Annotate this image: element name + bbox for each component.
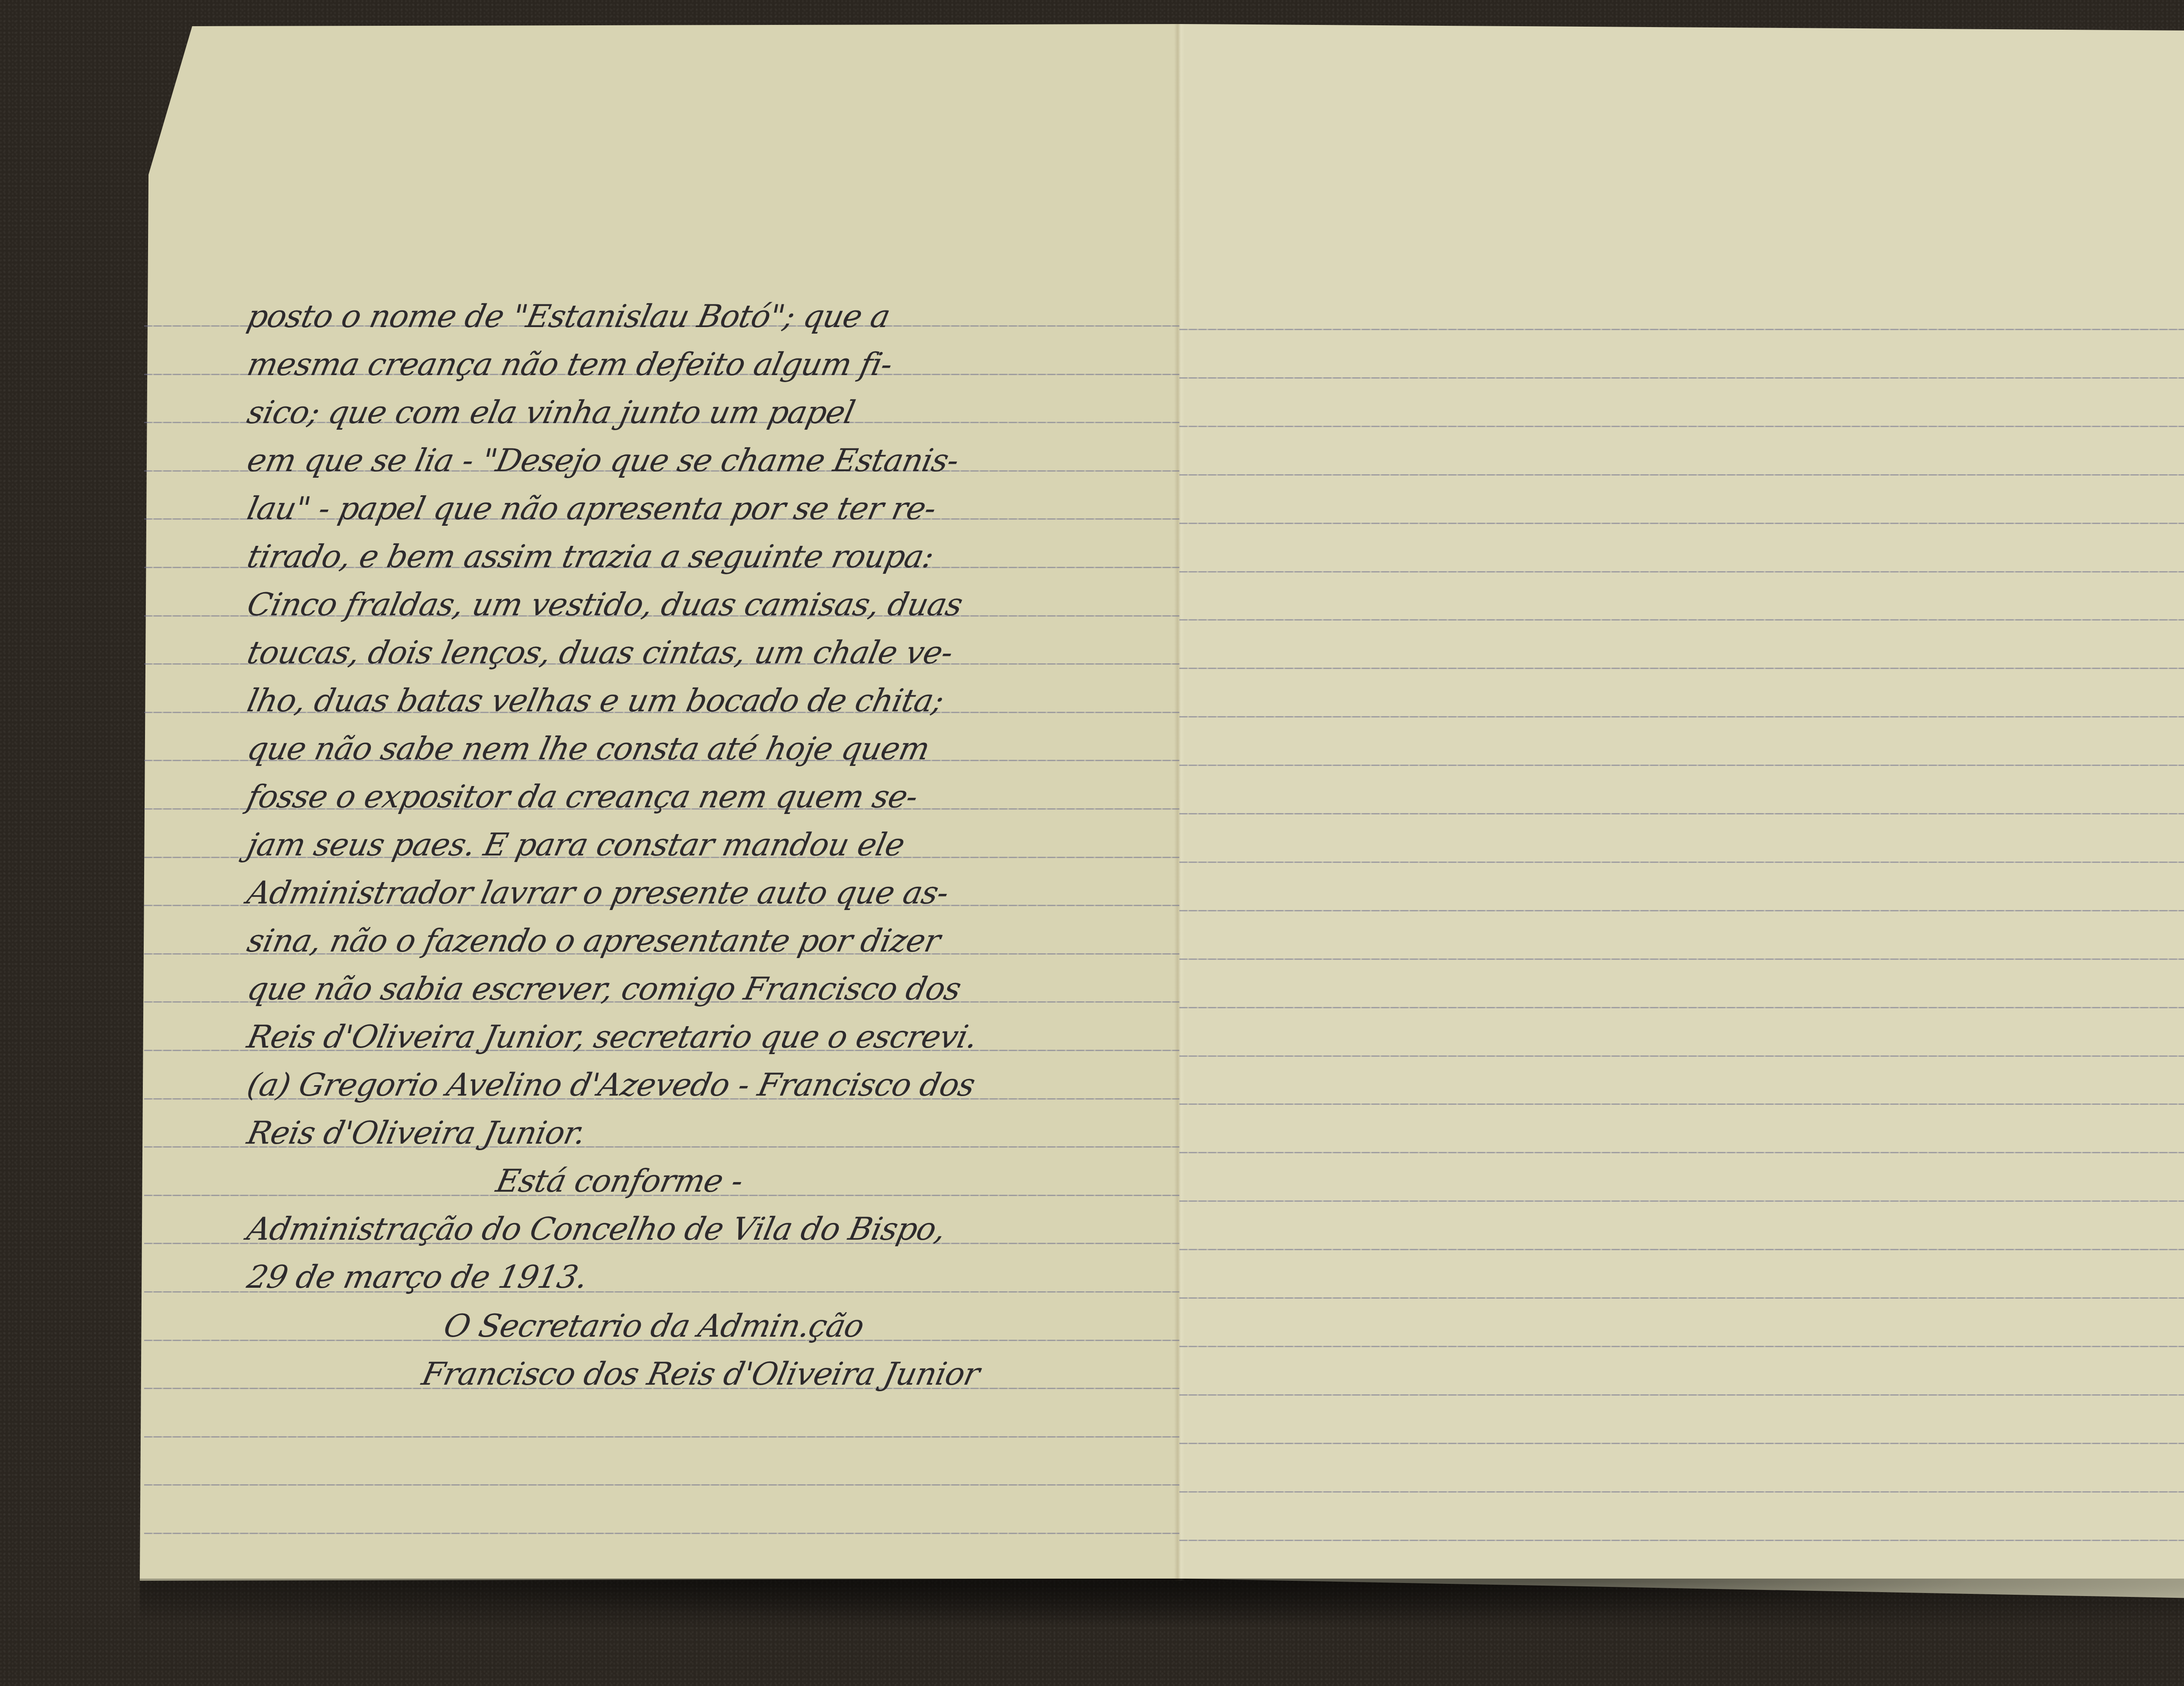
ruled-line [1179,765,2184,766]
ruled-line [1179,1152,2184,1153]
page-shadow [140,1579,2184,1640]
ruled-line [1179,1200,2184,1202]
ruled-line [1179,329,2184,330]
ruled-line [1179,910,2184,911]
ruled-line [1179,1297,2184,1299]
ruled-line [1179,523,2184,524]
ruled-line [1179,474,2184,476]
handwritten-line: sina, não o fazendo o apresentante por d… [245,925,1186,956]
office-line: Administração do Concelho de Vila do Bis… [245,1213,1186,1245]
right-page [1179,0,2184,1686]
handwritten-line: que não sabia escrever, comigo Francisco… [245,973,1186,1004]
signature: Francisco dos Reis d'Oliveira Junior [419,1358,1361,1389]
ruled-line [1179,571,2184,572]
document-spread: posto o nome de "Estanislau Botó"; que a… [0,0,2184,1686]
ruled-line [1179,1394,2184,1396]
handwritten-line: que não sabe nem lhe consta até hoje que… [245,733,1186,764]
ruled-line [144,1484,1179,1486]
ruled-line [1179,668,2184,669]
handwritten-line: em que se lia - "Desejo que se chame Est… [245,445,1186,476]
signatory-title: O Secretario da Admin.ção [441,1310,1382,1341]
handwritten-line: lau" - papel que não apresenta por se te… [245,493,1186,524]
handwritten-line: Reis d'Oliveira Junior. [245,1117,1186,1148]
handwritten-line: Reis d'Oliveira Junior, secretario que o… [245,1021,1186,1052]
ruled-line [1179,1443,2184,1444]
handwritten-line: posto o nome de "Estanislau Botó"; que a [245,300,1186,332]
handwritten-line: jam seus paes. E para constar mandou ele [245,829,1186,860]
handwritten-line: lho, duas batas velhas e um bocado de ch… [245,685,1186,716]
ruled-line [144,1436,1179,1438]
attestation-line: Está conforme - [494,1165,1435,1196]
ruled-line [1179,1540,2184,1541]
handwritten-line: Administrador lavrar o presente auto que… [245,877,1186,908]
ruled-line [1179,862,2184,863]
ruled-line [1179,1007,2184,1008]
ruled-line [1179,1491,2184,1493]
handwritten-line: tirado, e bem assim trazia a seguinte ro… [245,541,1186,572]
ruled-line [1179,1103,2184,1105]
ruled-line [1179,716,2184,717]
handwritten-line: mesma creança não tem defeito algum fi- [245,348,1186,380]
handwritten-line: fosse o expositor da creança nem quem se… [245,781,1186,812]
handwritten-line: toucas, dois lenços, duas cintas, um cha… [245,637,1186,668]
ruled-line [1179,813,2184,814]
ruled-line [1179,1055,2184,1057]
ruled-line [1179,959,2184,960]
ruled-line [1179,377,2184,379]
handwritten-line: Cinco fraldas, um vestido, duas camisas,… [245,589,1186,620]
ruled-line [1179,1249,2184,1250]
ruled-line [1179,426,2184,427]
handwritten-line: (a) Gregorio Avelino d'Azevedo - Francis… [245,1069,1186,1100]
handwritten-line: sico; que com ela vinha junto um papel [245,397,1186,428]
ruled-line [144,1533,1179,1534]
ruled-line [1179,1346,2184,1347]
date-line: 29 de março de 1913. [245,1261,1186,1293]
ruled-line [1179,619,2184,621]
